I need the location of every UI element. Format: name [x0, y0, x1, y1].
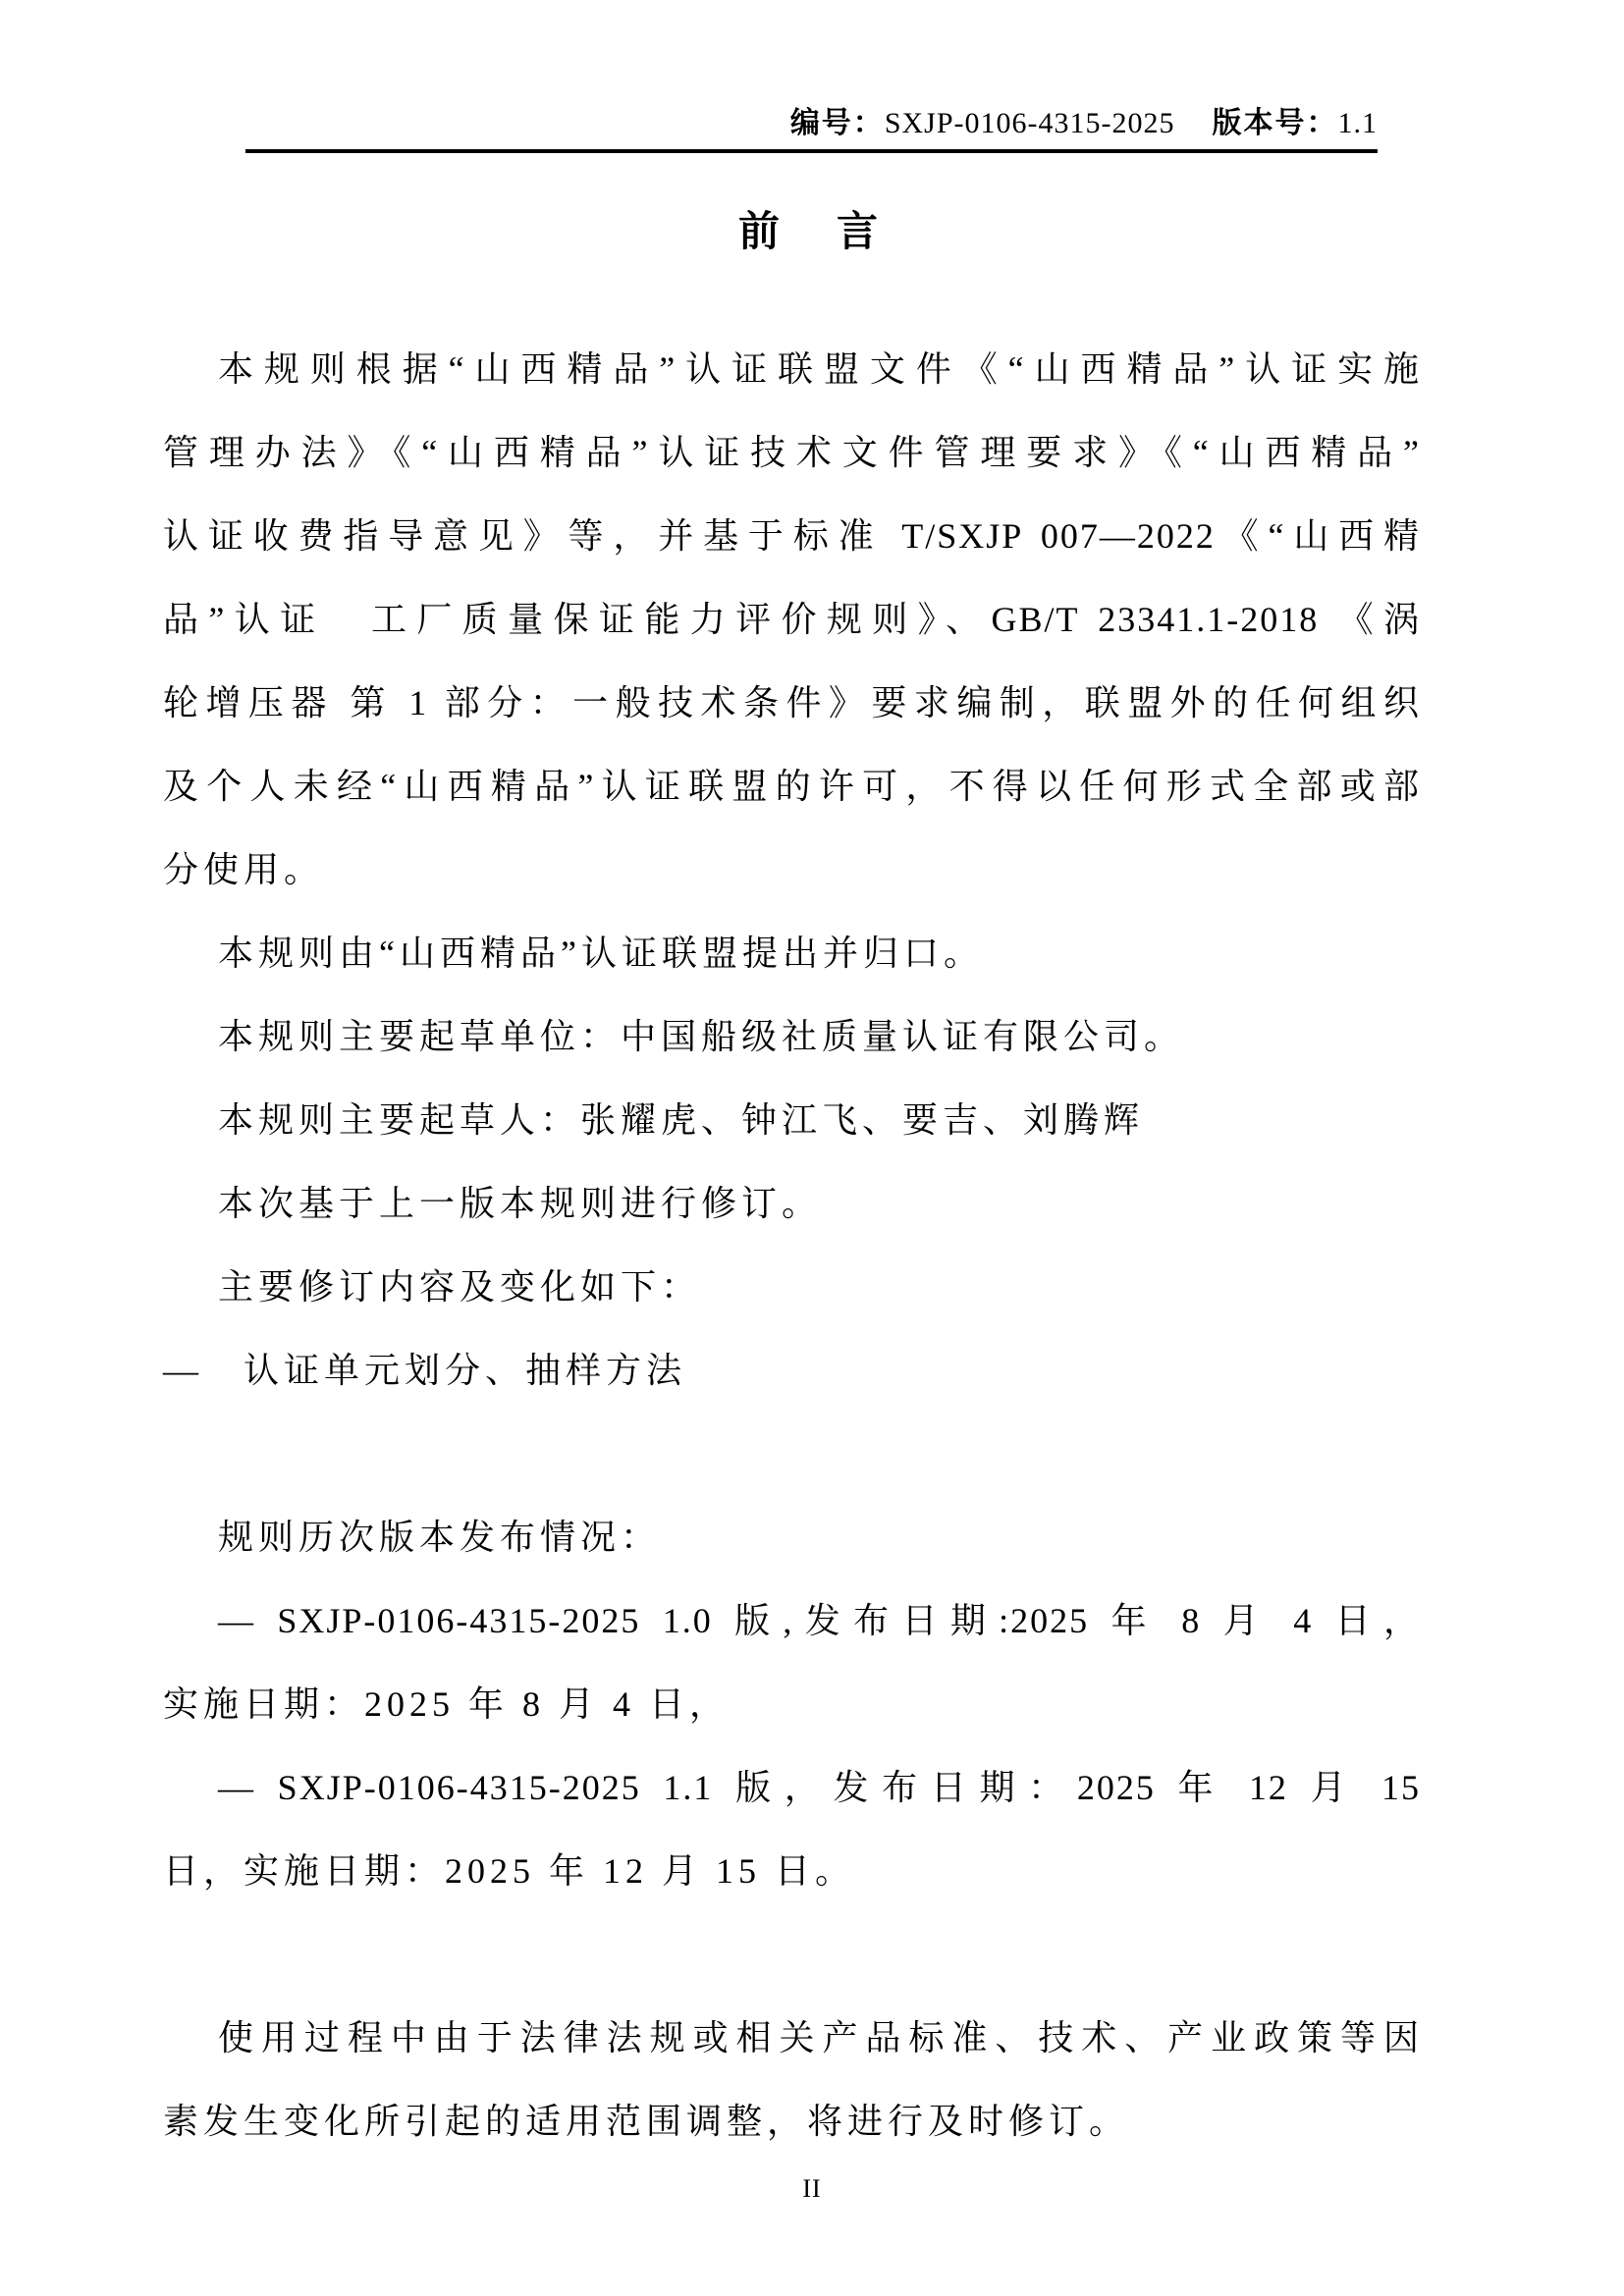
text-line: 本次基于上一版本规则进行修订。: [163, 1162, 1421, 1246]
text-line: 本规则主要起草人：张耀虎、钟江飞、要吉、刘腾辉: [163, 1079, 1421, 1162]
text-line: 及个人未经“山西精品”认证联盟的许可，不得以任何形式全部或部: [163, 745, 1421, 828]
doc-number-label: 编号：: [790, 107, 885, 139]
blank-line: [163, 1413, 1421, 1496]
blank-line: [163, 1913, 1421, 1997]
text-line: 管理办法》《“山西精品”认证技术文件管理要求》《“山西精品”: [163, 411, 1421, 495]
text-line: 认证收费指导意见》等，并基于标准 T/SXJP 007—2022《“山西精: [163, 495, 1421, 578]
text-line: 品”认证 工厂质量保证能力评价规则》、GB/T 23341.1-2018 《涡: [163, 578, 1421, 662]
text-line: 轮增压器 第 1 部分：一般技术条件》要求编制，联盟外的任何组织: [163, 662, 1421, 745]
text-line: 主要修订内容及变化如下：: [163, 1246, 1421, 1329]
text-line: — 认证单元划分、抽样方法: [163, 1329, 1421, 1413]
page-number: II: [0, 2174, 1624, 2204]
text-line: 使用过程中由于法律法规或相关产品标准、技术、产业政策等因: [163, 1997, 1421, 2080]
document-body: 本规则根据“山西精品”认证联盟文件《“山西精品”认证实施管理办法》《“山西精品”…: [163, 328, 1421, 2163]
text-line: 本规则主要起草单位：中国船级社质量认证有限公司。: [163, 995, 1421, 1079]
text-line: 本规则由“山西精品”认证联盟提出并归口。: [163, 912, 1421, 995]
document-page: 编号：SXJP-0106-4315-2025版本号：1.1 前 言 本规则根据“…: [0, 0, 1624, 2296]
text-line: 实施日期：2025 年 8 月 4 日，: [163, 1663, 1421, 1746]
doc-number: SXJP-0106-4315-2025: [885, 107, 1175, 139]
text-line: 分使用。: [163, 828, 1421, 912]
page-title: 前 言: [0, 206, 1624, 259]
text-line: 本规则根据“山西精品”认证联盟文件《“山西精品”认证实施: [163, 328, 1421, 411]
version-label: 版本号：: [1213, 107, 1338, 139]
document-header: 编号：SXJP-0106-4315-2025版本号：1.1: [245, 0, 1378, 153]
text-line: 素发生变化所引起的适用范围调整，将进行及时修订。: [163, 2080, 1421, 2163]
text-line: — SXJP-0106-4315-2025 1.1 版，发布日期：2025 年 …: [163, 1746, 1421, 1830]
text-line: 规则历次版本发布情况：: [163, 1496, 1421, 1579]
text-line: 日，实施日期：2025 年 12 月 15 日。: [163, 1830, 1421, 1913]
version-number: 1.1: [1338, 107, 1379, 139]
header-rule-line: 编号：SXJP-0106-4315-2025版本号：1.1: [245, 104, 1378, 153]
text-line: — SXJP-0106-4315-2025 1.0 版,发布日期:2025 年 …: [163, 1579, 1421, 1663]
